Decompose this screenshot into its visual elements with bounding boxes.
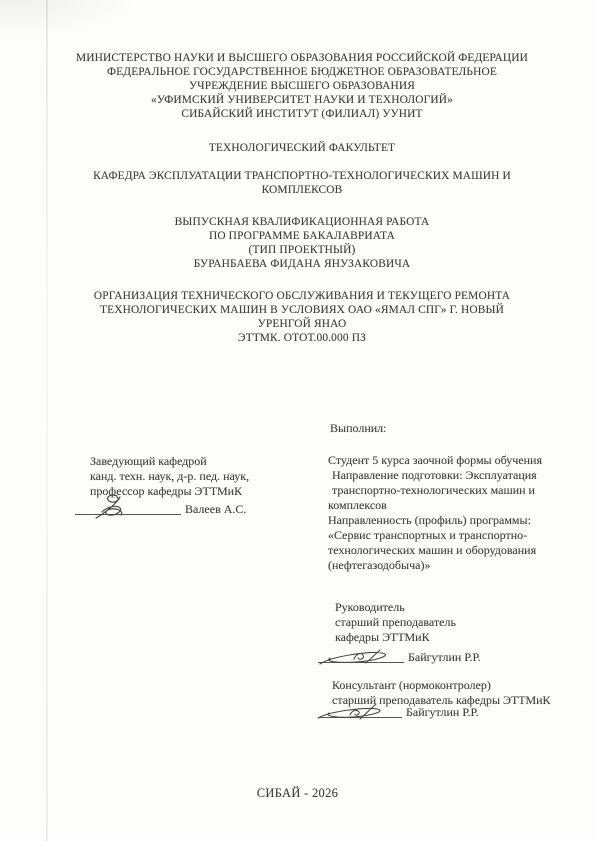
scan-corner-artifact [0,0,140,40]
work-type-line: ПО ПРОГРАММЕ БАКАЛАВРИАТА [42,229,562,243]
department-line: КАФЕДРА ЭКСПЛУАТАЦИИ ТРАНСПОРТНО-ТЕХНОЛО… [42,169,562,183]
consultant-line: Консультант (нормоконтролер) [332,678,551,693]
ministry-header: МИНИСТЕРСТВО НАУКИ И ВЫСШЕГО ОБРАЗОВАНИЯ… [42,51,562,121]
supervisor-signer-name: Байгутлин Р.Р. [408,650,481,665]
supervisor-line: старший преподаватель [335,615,456,630]
dept-head-line: канд. техн. наук, д-р. пед. наук, [90,469,249,484]
signature-line [318,646,404,663]
supervisor-signature-icon [314,647,402,669]
signature-line [318,701,402,718]
dept-head-line: Заведующий кафедрой [90,454,249,469]
title-page: МИНИСТЕРСТВО НАУКИ И ВЫСШЕГО ОБРАЗОВАНИЯ… [0,0,595,841]
student-info-line: транспортно-технологических машин и [328,483,542,498]
thesis-title-line: ТЕХНОЛОГИЧЕСКИХ МАШИН В УСЛОВИЯХ ОАО «ЯМ… [42,303,562,317]
student-info-line: технологических машин и оборудования [328,543,542,558]
completed-label: Выполнил: [330,421,386,436]
thesis-title-line: ОРГАНИЗАЦИЯ ТЕХНИЧЕСКОГО ОБСЛУЖИВАНИЯ И … [42,289,562,303]
author-name: БУРАНБАЕВА ФИДАНА ЯНУЗАКОВИЧА [42,257,562,271]
student-info-line: Студент 5 курса заочной формы обучения [328,453,542,468]
ministry-line: УЧРЕЖДЕНИЕ ВЫСШЕГО ОБРАЗОВАНИЯ [42,79,562,93]
document-code: ЭТТМК. ОТОТ.00.000 ПЗ [42,331,562,345]
student-info-block: Студент 5 курса заочной формы обучения Н… [328,453,542,573]
student-info-line: комплексов [328,498,542,513]
scan-streak-artifact [46,0,48,841]
ministry-line: ФЕДЕРАЛЬНОЕ ГОСУДАРСТВЕННОЕ БЮДЖЕТНОЕ ОБ… [42,65,562,79]
supervisor-block: Руководитель старший преподаватель кафед… [335,600,456,645]
ministry-line: СИБАЙСКИЙ ИНСТИТУТ (ФИЛИАЛ) УУНИТ [42,107,562,121]
consultant-signer-name: Байгутлин Р.Р. [406,705,479,720]
signature-line [75,498,181,515]
city-year: СИБАЙ - 2026 [0,786,595,801]
faculty-title: ТЕХНОЛОГИЧЕСКИЙ ФАКУЛЬТЕТ [42,141,562,155]
supervisor-signature-row: Байгутлин Р.Р. [318,646,481,663]
dept-head-signature-icon [87,491,143,521]
department-line: КОМПЛЕКСОВ [42,183,562,197]
student-info-line: Направление подготовки: Эксплуатация [328,468,542,483]
consultant-signature-icon [314,702,398,724]
thesis-title-block: ОРГАНИЗАЦИЯ ТЕХНИЧЕСКОГО ОБСЛУЖИВАНИЯ И … [42,289,562,345]
student-info-line: (нефтегазодобыча)» [328,558,542,573]
ministry-line: «УФИМСКИЙ УНИВЕРСИТЕТ НАУКИ И ТЕХНОЛОГИЙ… [42,93,562,107]
thesis-title-line: УРЕНГОЙ ЯНАО [42,317,562,331]
supervisor-line: Руководитель [335,600,456,615]
work-type-block: ВЫПУСКНАЯ КВАЛИФИКАЦИОННАЯ РАБОТА ПО ПРО… [42,215,562,271]
work-type-line: (ТИП ПРОЕКТНЫЙ) [42,243,562,257]
dept-head-signature-row: Валеев А.С. [75,498,246,515]
ministry-line: МИНИСТЕРСТВО НАУКИ И ВЫСШЕГО ОБРАЗОВАНИЯ… [42,51,562,65]
work-type-line: ВЫПУСКНАЯ КВАЛИФИКАЦИОННАЯ РАБОТА [42,215,562,229]
consultant-signature-row: Байгутлин Р.Р. [318,701,479,718]
dept-head-signer-name: Валеев А.С. [185,502,246,517]
student-info-line: «Сервис транспортных и транспортно- [328,528,542,543]
supervisor-line: кафедры ЭТТМиК [335,630,456,645]
student-info-line: Направленность (профиль) программы: [328,513,542,528]
faculty-line: ТЕХНОЛОГИЧЕСКИЙ ФАКУЛЬТЕТ [42,141,562,155]
department-title: КАФЕДРА ЭКСПЛУАТАЦИИ ТРАНСПОРТНО-ТЕХНОЛО… [42,169,562,197]
